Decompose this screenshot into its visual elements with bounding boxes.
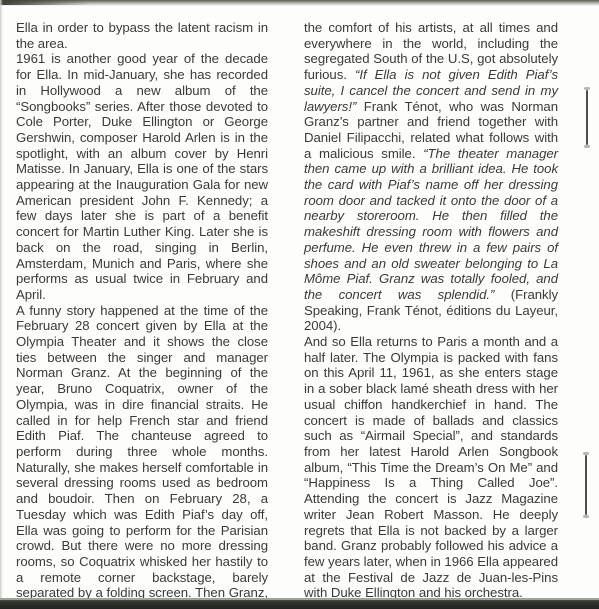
scan-top-edge-shadow [0,0,599,6]
text-segment: Ella in order to bypass the latent racis… [16,20,268,51]
tenot-quote: “The theater manager then came up with a… [304,146,558,302]
paragraph-granz-furious: the comfort of his artists, at all times… [304,20,558,334]
scan-left-edge [0,0,3,609]
text-segment: 1961 is another good year of the decade … [16,51,268,302]
booklet-page: Ella in order to bypass the latent racis… [16,20,584,609]
margin-bracket-mark-icon [586,90,588,145]
paragraph-olympia-story: A funny story happened at the time of th… [16,303,268,609]
paragraph-april-concert: And so Ella returns to Paris a month and… [304,334,558,601]
scan-bottom-edge [0,598,599,609]
left-text-column: Ella in order to bypass the latent racis… [16,20,268,609]
scan-speck [248,563,250,565]
right-text-column: the comfort of his artists, at all times… [304,20,558,609]
text-segment: And so Ella returns to Paris a month and… [304,334,558,600]
paragraph-racism-bypass: Ella in order to bypass the latent racis… [16,20,268,51]
margin-bracket-mark-icon [585,455,587,515]
text-segment: A funny story happened at the time of th… [16,303,268,609]
paragraph-1961-songbooks: 1961 is another good year of the decade … [16,51,268,302]
